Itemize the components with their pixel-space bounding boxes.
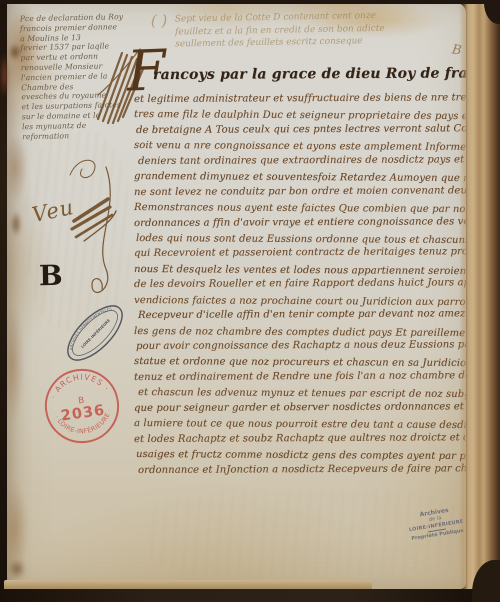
manuscript-line: ordonnance et InJonction a nosdictz Rece… [138,461,466,478]
paper-stain [6,133,28,203]
manuscript-line: tenuz et ordinairement de Rendre une foi… [134,368,466,385]
archives-round-stamp: · ARCHIVES · B 2036 · LOIRE-INFÉRIEURE · [38,362,126,450]
gutter-stain [0,52,9,98]
charter-body-text: et legitime administrateur et vsuffructu… [134,92,466,478]
manuscript-line: de bretaigne A Tous ceulx qui ces pntes … [136,121,466,138]
background-edge [0,0,500,4]
manuscript-line: et legitime administrateur et vsuffructu… [134,90,466,107]
background-edge [0,589,500,602]
manuscript-line: ne sont levez ne conduitz par bon ordre … [134,183,466,200]
book-fore-edge [459,0,500,602]
manuscript-photo: Pce de declaration du Roy francois premi… [0,0,500,602]
manuscript-page: Pce de declaration du Roy francois premi… [6,3,466,589]
quire-letter-b: B [39,259,63,292]
archival-annotation: ( ) Sept vieu de la Cotte D contenant ce… [151,8,466,51]
property-stamp: Archives de la LOIRE-INFÉRIEURE Propriét… [401,505,466,544]
veu-paraph-flourish [64,149,124,317]
paper-stain [6,303,24,423]
annotation-mark: ( ) [151,15,168,28]
manuscript-line: que pour seigneur garder et observer nos… [134,399,466,416]
manuscript-line: pour avoir congnoissance des Rachaptz a … [136,337,466,354]
manuscript-line: ordonnances a ffin d'avoir vraye et enti… [134,214,466,231]
margin-note-line: reformation [22,129,142,141]
manuscript-line: deniers tant ordinaires que extraordinai… [138,152,466,169]
manuscript-line: de les devoirs Roueller et en faire Rapp… [134,275,466,292]
foxing-spot [10,211,22,237]
foxing-spot [8,559,26,579]
manuscript-line: et lodes Rachaptz et soubz Rachaptz que … [134,430,466,447]
manuscript-line: qui Recevroient et passeroient contractz… [134,245,466,262]
manuscript-line: Recepveur d'icelle affin d'en tenir comp… [138,306,466,323]
royal-charter-heading: rancoys par la grace de dieu Roy de fran… [153,65,466,83]
paper-stain [6,483,28,573]
